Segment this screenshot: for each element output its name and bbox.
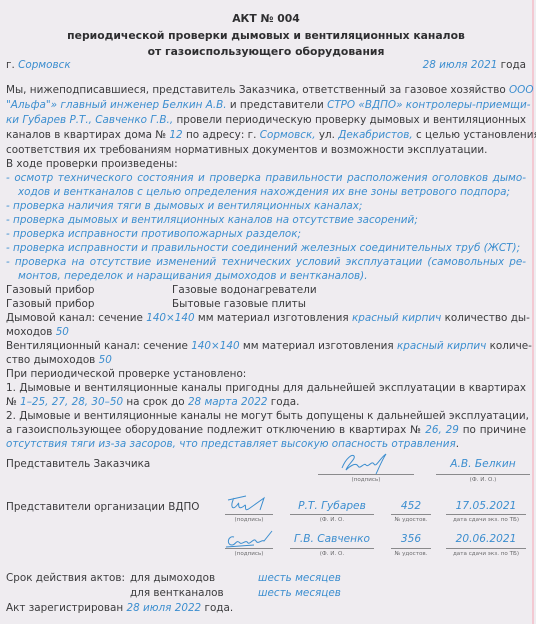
safety-exam-date: 17.05.2021 xyxy=(446,500,526,512)
act-title: АКТ № 004 xyxy=(0,12,532,25)
finding-text: № xyxy=(6,396,17,408)
device-value: Газовые водонагреватели xyxy=(172,283,317,297)
signature-line xyxy=(318,474,414,475)
check-item: - проверка на отсутствие изменений техни… xyxy=(6,255,526,269)
intro-text: с целью установления xyxy=(416,129,536,141)
registration-prefix: Акт зарегистрирован xyxy=(6,602,123,614)
customer-rep-name: А.В. Белкин xyxy=(436,458,530,470)
intro-text: и представители xyxy=(230,99,324,111)
cert-line xyxy=(391,548,431,549)
date-line xyxy=(446,548,526,549)
punctuation: . xyxy=(456,438,459,450)
channel-text: моходов xyxy=(6,326,52,338)
vdpo-org: СТРО «ВДПО» контролеры-приемщи- xyxy=(327,99,530,111)
channel-text: мм материал изготовления xyxy=(198,312,349,324)
validity-label: Срок действия актов: xyxy=(6,572,125,584)
findings-heading: При периодической проверке установлено: xyxy=(6,367,526,381)
channel-text: Вентиляционный канал: сечение xyxy=(6,340,188,352)
check-item: - проверка дымовых и вентиляционных кана… xyxy=(6,213,526,227)
check-item: - проверка наличия тяги в дымовых и вент… xyxy=(6,199,526,213)
name-caption: (Ф. И. О. xyxy=(290,551,374,557)
address-street: Декабристов, xyxy=(338,129,412,141)
city-date-row: г. Сормовск 28 июля 2021 года xyxy=(6,58,526,72)
gubarev-signature-icon xyxy=(224,492,272,516)
finding-text: а газоиспользующее оборудование подлежит… xyxy=(6,424,421,436)
intro-line-5: соответствия их требованиям нормативных … xyxy=(6,143,526,157)
city-prefix: г. xyxy=(6,59,15,71)
city: Сормовск xyxy=(18,59,71,71)
smoke-channel-line-2: моходов 50 xyxy=(6,325,526,339)
customer-engineer: "Альфа"» главный инженер Белкин А.В. xyxy=(6,99,227,111)
signature-caption: (подпись) xyxy=(318,477,414,483)
check-item: - проверка исправности и правильности со… xyxy=(6,241,526,255)
finding-2-line-3: отсутствия тяги из-за засоров, что предс… xyxy=(6,437,526,451)
channel-text: количество ды- xyxy=(445,312,530,324)
cert-caption: № удостов. xyxy=(391,517,431,523)
name-line xyxy=(436,474,530,475)
act-date-suffix: года xyxy=(501,59,526,71)
intro-line-1: Мы, нижеподписавшиеся, представитель Зак… xyxy=(6,83,526,97)
intro-text: по адресу: г. xyxy=(186,129,256,141)
rejected-apartments: 26, 29 xyxy=(425,424,459,436)
intro-line-2: "Альфа"» главный инженер Белкин А.В. и п… xyxy=(6,98,526,112)
channel-text: Дымовой канал: сечение xyxy=(6,312,143,324)
check-item-cont: монтов, переделок и наращивания дымоходо… xyxy=(18,269,526,283)
name-line xyxy=(290,514,374,515)
smoke-material: красный кирпич xyxy=(352,312,441,324)
checks-heading: В ходе проверки произведены: xyxy=(6,157,526,171)
check-item-cont: ходов и вентканалов с целью определения … xyxy=(18,185,526,199)
signature-caption: (подпись) xyxy=(225,551,273,557)
date-caption: дата сдачи экз. по ТБ) xyxy=(446,551,526,557)
vent-count: 50 xyxy=(99,354,112,366)
finding-text: по причине xyxy=(463,424,526,436)
vdpo-reps-label: Представители организации ВДПО xyxy=(6,501,199,513)
name-caption: (Ф. И. О.) xyxy=(436,477,530,483)
certificate-number: 452 xyxy=(391,500,431,512)
finding-text: года. xyxy=(271,396,300,408)
cert-line xyxy=(391,514,431,515)
finding-1-line-2: № 1–25, 27, 28, 30–50 на срок до 28 март… xyxy=(6,395,526,409)
device-row: Газовый прибор Бытовые газовые плиты xyxy=(6,297,526,311)
channel-text: мм материал изготовления xyxy=(243,340,394,352)
address-city: Сормовск, xyxy=(260,129,316,141)
act-subtitle-1: периодической проверки дымовых и вентиля… xyxy=(0,29,532,42)
approved-apartments: 1–25, 27, 28, 30–50 xyxy=(20,396,123,408)
vent-section: 140×140 xyxy=(191,340,239,352)
vent-material: красный кирпич xyxy=(397,340,486,352)
channel-text: ство дымоходов xyxy=(6,354,95,366)
signature-caption: (подпись) xyxy=(225,517,273,523)
device-label: Газовый прибор xyxy=(6,298,94,310)
registration-line: Акт зарегистрирован 28 июля 2022 года. xyxy=(6,602,233,614)
check-item: - проверка исправности противопожарных р… xyxy=(6,227,526,241)
certificate-number: 356 xyxy=(391,533,431,545)
validity-vent-label: для вентканалов xyxy=(130,587,224,599)
house-number: 12 xyxy=(169,129,182,141)
smoke-channel-line: Дымовой канал: сечение 140×140 мм матери… xyxy=(6,311,526,325)
intro-text: каналов в квартирах дома № xyxy=(6,129,166,141)
intro-text: Мы, нижеподписавшиеся, представитель Зак… xyxy=(6,84,506,96)
cert-caption: № удостов. xyxy=(391,551,431,557)
valid-until-date: 28 марта 2022 xyxy=(188,396,268,408)
intro-line-3: ки Губарев Р.Т., Савченко Г.В., провели … xyxy=(6,113,526,127)
vent-channel-line-2: ство дымоходов 50 xyxy=(6,353,526,367)
name-caption: (Ф. И. О. xyxy=(290,517,374,523)
finding-2-line-2: а газоиспользующее оборудование подлежит… xyxy=(6,423,526,437)
registration-date: 28 июля 2022 xyxy=(127,602,202,614)
device-label: Газовый прибор xyxy=(6,284,94,296)
signature-line xyxy=(225,514,273,515)
inspector-name: Р.Т. Губарев xyxy=(290,500,374,512)
signature-line xyxy=(225,548,273,549)
finding-1-line-1: 1. Дымовые и вентиляционные каналы приго… xyxy=(6,381,526,395)
date-line xyxy=(446,514,526,515)
device-value: Бытовые газовые плиты xyxy=(172,297,306,311)
finding-2-line-1: 2. Дымовые и вентиляционные каналы не мо… xyxy=(6,409,526,423)
vent-channel-line: Вентиляционный канал: сечение 140×140 мм… xyxy=(6,339,526,353)
intro-line-4: каналов в квартирах дома № 12 по адресу:… xyxy=(6,128,526,142)
smoke-section: 140×140 xyxy=(146,312,194,324)
act-subtitle-2: от газоиспользующего оборудования xyxy=(0,45,532,58)
validity-vent-value: шесть месяцев xyxy=(258,587,341,599)
inspector-name: Г.В. Савченко xyxy=(290,533,374,545)
validity-smoke-value: шесть месяцев xyxy=(258,572,341,584)
smoke-count: 50 xyxy=(56,326,69,338)
device-row: Газовый прибор Газовые водонагреватели xyxy=(6,283,526,297)
intro-text: ул. xyxy=(319,129,335,141)
registration-suffix: года. xyxy=(204,602,233,614)
vdpo-inspectors: ки Губарев Р.Т., Савченко Г.В., xyxy=(6,114,173,126)
name-line xyxy=(290,548,374,549)
act-date-wrap: 28 июля 2021 года xyxy=(423,58,526,72)
validity-smoke-label: для дымоходов xyxy=(130,572,215,584)
check-item: - осмотр технического состояния и провер… xyxy=(6,171,526,185)
intro-text: провели периодическую проверку дымовых и… xyxy=(176,114,526,126)
act-date: 28 июля 2021 xyxy=(423,59,498,71)
customer-signature-icon xyxy=(336,450,398,476)
safety-exam-date: 20.06.2021 xyxy=(446,533,526,545)
date-caption: дата сдачи экз. по ТБ) xyxy=(446,517,526,523)
document-page: АКТ № 004 периодической проверки дымовых… xyxy=(0,0,534,624)
channel-text: количе- xyxy=(490,340,532,352)
rejection-reason: отсутствия тяги из-за засоров, что предс… xyxy=(6,438,456,450)
customer-org: ООО «УК xyxy=(509,84,536,96)
finding-text: на срок до xyxy=(126,396,184,408)
customer-rep-label: Представитель Заказчика xyxy=(6,458,150,470)
